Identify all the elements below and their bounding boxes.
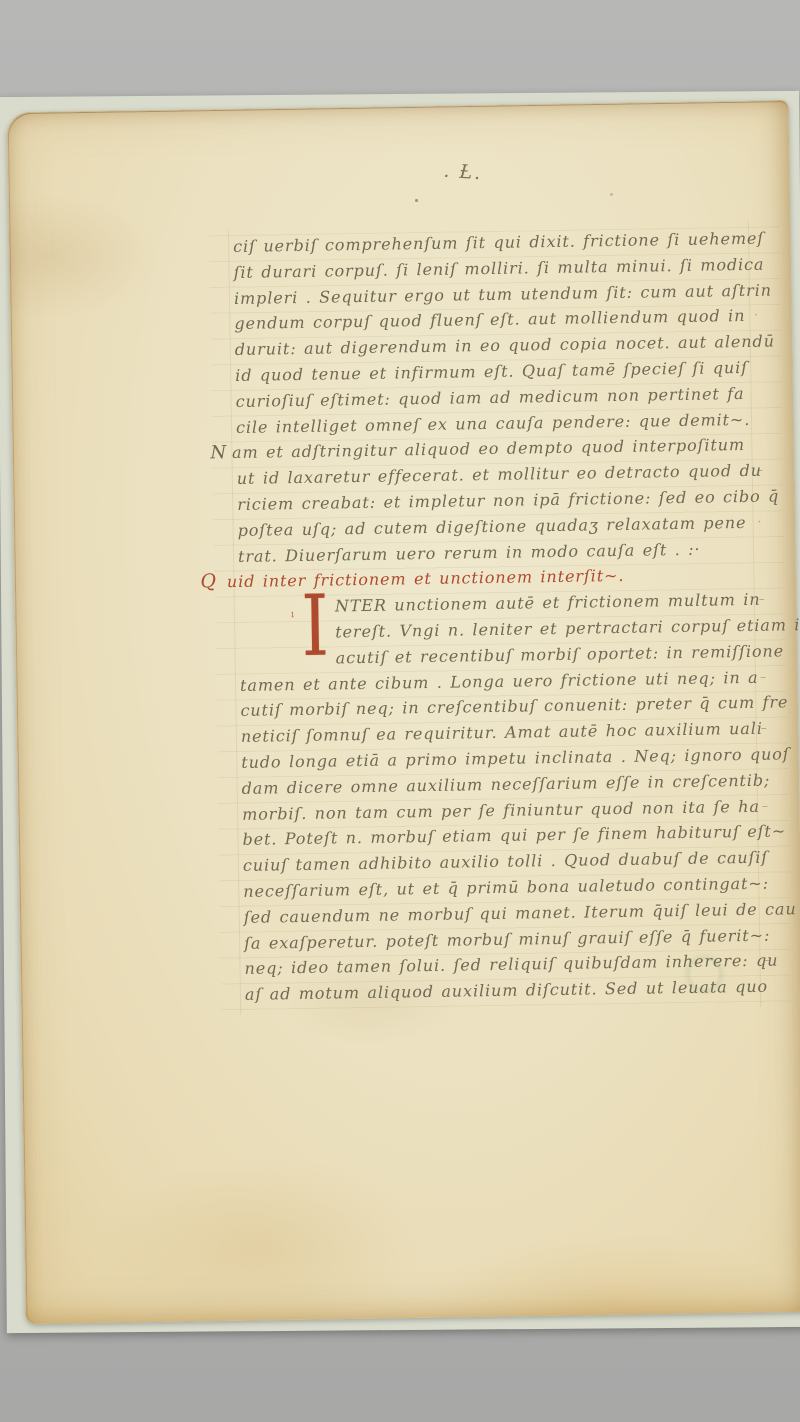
margin-mark: – (764, 948, 770, 974)
outdented-initial: N (210, 440, 227, 466)
margin-mark: – (762, 793, 768, 819)
line-text: acutiſ et recentibuſ morbiſ oportet: in … (336, 641, 785, 667)
margin-mark: – (760, 664, 766, 690)
line-text: uid inter frictionem et unctionem interſ… (227, 566, 625, 591)
line-text: poſtea uſq; ad cutem digeſtione quadaʒ r… (238, 513, 747, 540)
text-block: ciſ uerbiſ comprehenſum ſit qui dixit. f… (233, 226, 770, 1008)
rubricated-initial-I: I (301, 585, 324, 669)
scan-background: . Ƚ. ciſ uerbiſ comprehenſum ſit qui dix… (0, 0, 800, 1422)
line-text: am et adſtringitur aliquod eo dempto quo… (232, 435, 745, 462)
rubricator-guide-letter: ı (291, 609, 295, 620)
line-text: aſ ad motum aliquod auxilium diſcutit. S… (245, 977, 768, 1004)
outdented-initial: Q (200, 570, 217, 596)
line-text: trat. Diuerſarum uero rerum in modo cauſ… (238, 539, 701, 565)
ink-speck (610, 193, 613, 196)
line-text: gendum corpuſ quod fluenſ eſt. aut molli… (234, 306, 745, 333)
line-text: curioſiuſ eſtimet: quod iam ad medicum n… (235, 384, 744, 411)
margin-mark: – (761, 716, 767, 742)
ink-speck (415, 199, 418, 202)
line-text: tereſt. Vngi n. leniter et pertractari c… (335, 615, 800, 641)
margin-mark: – (757, 458, 763, 484)
line-text: NTER unctionem autē et frictionem multum… (335, 590, 761, 616)
margin-mark: – (759, 587, 765, 613)
margin-mark: · (754, 303, 758, 329)
margin-mark: · (757, 510, 761, 536)
